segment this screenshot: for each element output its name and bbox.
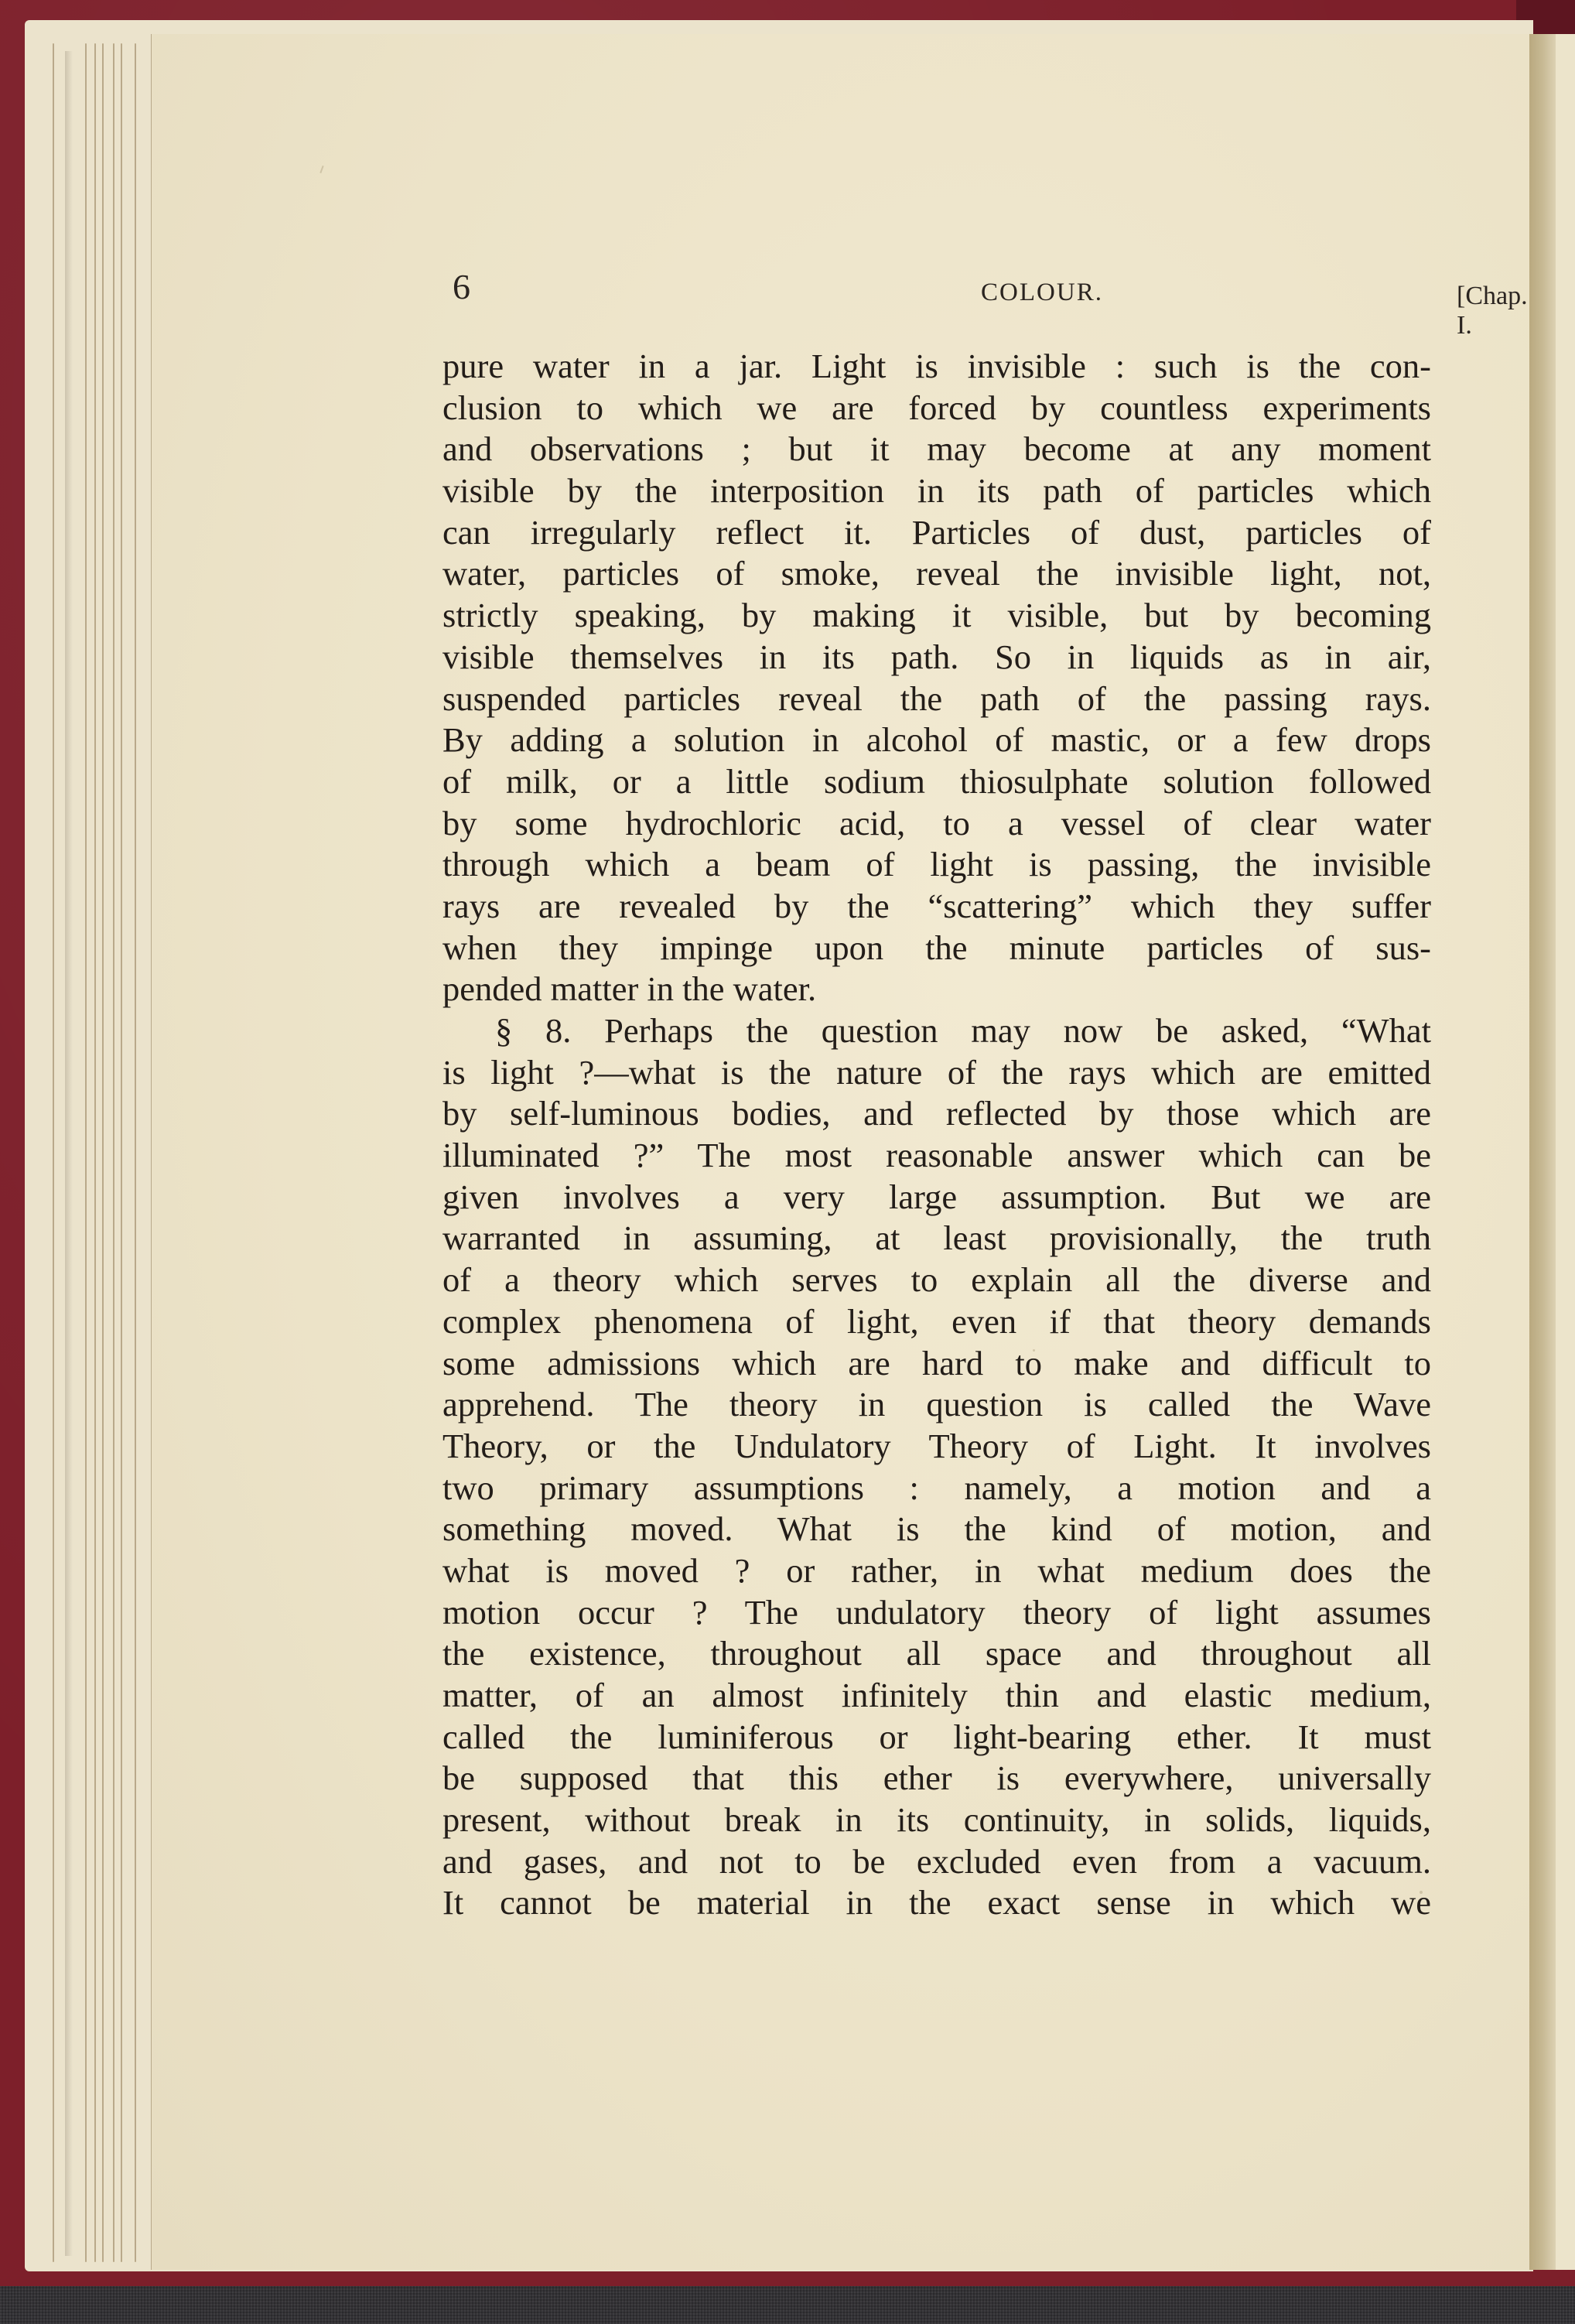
text-line: two primary assumptions : namely, a moti… <box>442 1468 1431 1509</box>
text-line: through which a beam of light is passing… <box>442 844 1431 886</box>
text-line: by some hydrochloric acid, to a vessel o… <box>442 803 1431 845</box>
text-line: be supposed that this ether is everywher… <box>442 1758 1431 1799</box>
text-line: called the luminiferous or light-bearing… <box>442 1717 1431 1758</box>
text-line: pended matter in the water. <box>442 969 1431 1010</box>
text-line: by self-luminous bodies, and reflected b… <box>442 1093 1431 1135</box>
running-title: COLOUR. <box>880 279 1204 307</box>
leaf-edge-line <box>121 43 122 2262</box>
text-line: warranted in assuming, at least provisio… <box>442 1218 1431 1259</box>
leaf-edge-line <box>102 43 104 2262</box>
text-line: motion occur ? The undulatory theory of … <box>442 1592 1431 1634</box>
text-line: and gases, and not to be excluded even f… <box>442 1841 1431 1883</box>
text-line: the existence, throughout all space and … <box>442 1633 1431 1675</box>
facing-page-edge <box>1556 34 1575 2270</box>
text-line: present, without break in its continuity… <box>442 1799 1431 1841</box>
text-line: clusion to which we are forced by countl… <box>442 388 1431 429</box>
text-line: water, particles of smoke, reveal the in… <box>442 553 1431 595</box>
leaf-edge-line <box>85 43 87 2262</box>
leaf-edge-line <box>94 43 96 2262</box>
text-line: apprehend. The theory in question is cal… <box>442 1384 1431 1426</box>
gutter-shadow <box>1529 34 1556 2270</box>
leaf-shadow <box>65 51 73 2256</box>
text-line: By adding a solution in alcohol of masti… <box>442 719 1431 761</box>
text-line: visible by the interposition in its path… <box>442 470 1431 512</box>
text-line: some admissions which are hard to make a… <box>442 1343 1431 1385</box>
text-line: matter, of an almost infinitely thin and… <box>442 1675 1431 1717</box>
text-line: of a theory which serves to explain all … <box>442 1259 1431 1301</box>
text-line: what is moved ? or rather, in what mediu… <box>442 1550 1431 1592</box>
text-line: It cannot be material in the exact sense… <box>442 1882 1431 1924</box>
running-head: 6 COLOUR. [Chap. I. <box>151 34 1529 35</box>
text-line: given involves a very large assumption. … <box>442 1177 1431 1218</box>
text-line: visible themselves in its path. So in li… <box>442 637 1431 678</box>
text-line: illuminated ?” The most reasonable answe… <box>442 1135 1431 1177</box>
background-cloth <box>0 2282 1575 2324</box>
leaf-edge-line <box>113 43 114 2262</box>
text-line: complex phenomena of light, even if that… <box>442 1301 1431 1343</box>
text-line: can irregularly reflect it. Particles of… <box>442 512 1431 554</box>
text-line: suspended particles reveal the path of t… <box>442 678 1431 720</box>
text-line: Theory, or the Undulatory Theory of Ligh… <box>442 1426 1431 1468</box>
text-line: pure water in a jar. Light is invisible … <box>442 346 1431 388</box>
text-line: strictly speaking, by making it visible,… <box>442 595 1431 637</box>
chapter-reference: [Chap. I. <box>1457 282 1529 340</box>
page-number: 6 <box>453 266 470 307</box>
book-page: 6 COLOUR. [Chap. I. pure water in a jar.… <box>151 34 1529 2270</box>
text-line: rays are revealed by the “scattering” wh… <box>442 886 1431 928</box>
leaf-edge-line <box>135 43 136 2262</box>
text-line: is light ?—what is the nature of the ray… <box>442 1052 1431 1094</box>
leaf-edge-line <box>53 43 54 2262</box>
body-text: pure water in a jar. Light is invisible … <box>442 346 1431 1924</box>
text-line: when they impinge upon the minute partic… <box>442 928 1431 969</box>
paper-speck <box>319 166 323 173</box>
text-line: § 8. Perhaps the question may now be ask… <box>442 1010 1431 1052</box>
text-line: and observations ; but it may become at … <box>442 429 1431 470</box>
text-line: of milk, or a little sodium thiosulphate… <box>442 761 1431 803</box>
text-line: something moved. What is the kind of mot… <box>442 1509 1431 1550</box>
